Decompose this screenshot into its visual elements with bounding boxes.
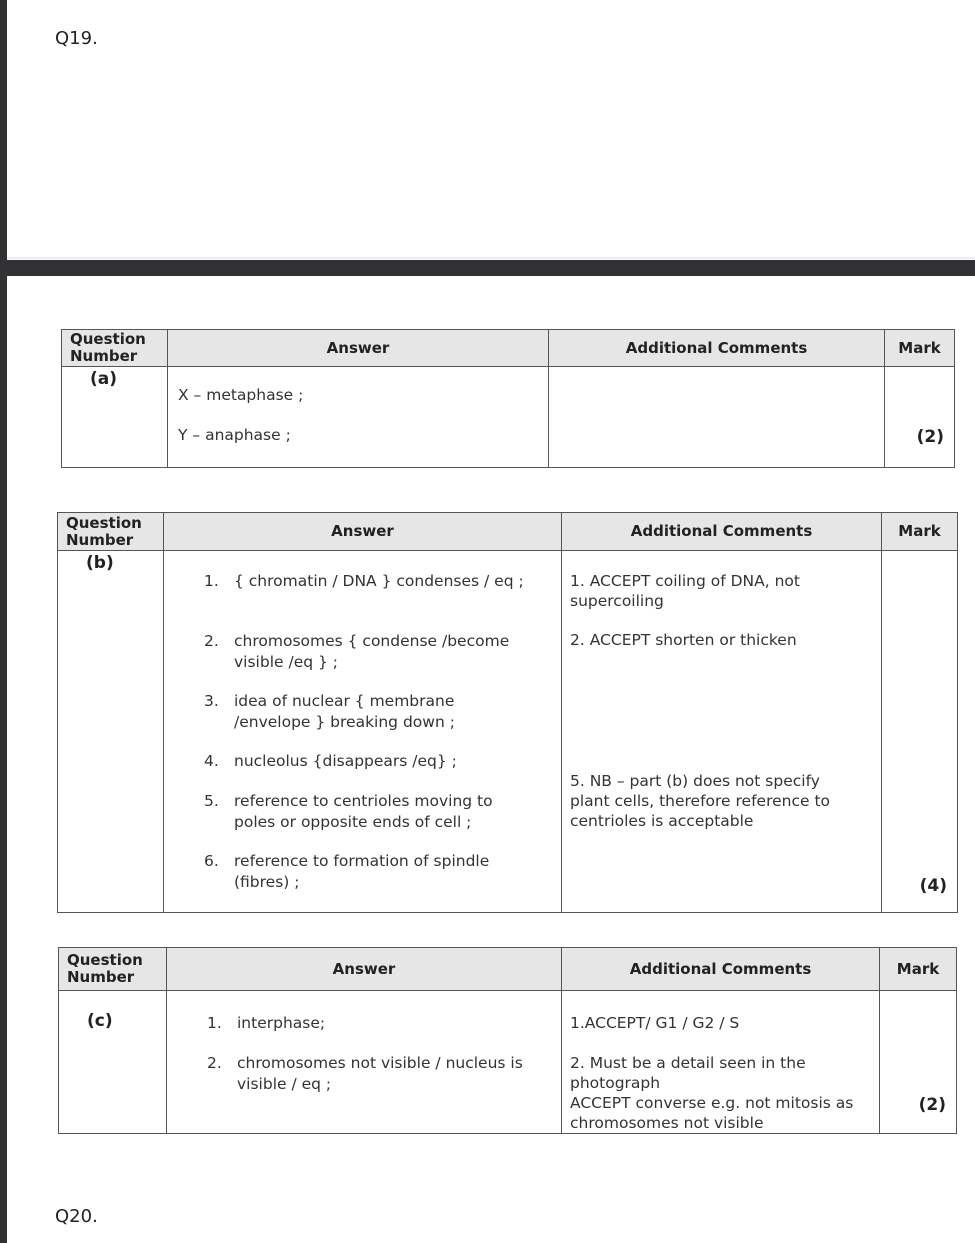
answer-line: X – metaphase ;: [178, 385, 548, 406]
comment-line: 2. ACCEPT shorten or thicken: [570, 630, 873, 650]
answer-item: 4.nucleolus {disappears /eq} ;: [204, 751, 557, 772]
question-part-label: (b): [58, 551, 164, 913]
answer-list: 1.{ chromatin / DNA } condenses / eq ; 2…: [204, 571, 557, 893]
answer-item: 2.chromosomes not visible / nucleus is v…: [207, 1053, 557, 1095]
comments-cell: 1. ACCEPT coiling of DNA, not supercoili…: [562, 551, 882, 913]
comment-line: 2. Must be a detail seen in the photogra…: [570, 1053, 840, 1093]
answer-item: 3.idea of nuclear { membrane /envelope }…: [204, 691, 557, 733]
comments-cell: 1.ACCEPT/ G1 / G2 / S 2. Must be a detai…: [562, 991, 880, 1134]
header-question-number: Question Number: [58, 513, 164, 551]
question-part-label: (a): [62, 367, 168, 468]
mark-scheme-table-c: Question Number Answer Additional Commen…: [58, 947, 957, 1134]
header-answer: Answer: [164, 513, 562, 551]
comment-line: 1. ACCEPT coiling of DNA, not supercoili…: [570, 571, 860, 611]
mark-cell: (2): [885, 367, 955, 468]
header-answer: Answer: [168, 330, 549, 367]
header-answer: Answer: [167, 948, 562, 991]
header-question-number: Question Number: [62, 330, 168, 367]
mark-value: (4): [920, 876, 947, 896]
mark-value: (2): [919, 1095, 946, 1115]
header-additional-comments: Additional Comments: [562, 513, 882, 551]
comment-line: 1.ACCEPT/ G1 / G2 / S: [570, 1013, 871, 1033]
header-mark: Mark: [885, 330, 955, 367]
mark-scheme-table-a: Question Number Answer Additional Commen…: [61, 329, 955, 468]
answer-item: 5.reference to centrioles moving to pole…: [204, 791, 557, 833]
header-mark: Mark: [880, 948, 957, 991]
mark-cell: (4): [882, 551, 958, 913]
comments-cell: [549, 367, 885, 468]
comment-line: 5. NB – part (b) does not specify plant …: [570, 771, 860, 831]
viewer-left-edge: [0, 0, 7, 1243]
answer-line: Y – anaphase ;: [178, 425, 548, 446]
question-heading-q20: Q20.: [55, 1206, 98, 1227]
mark-scheme-table-b: Question Number Answer Additional Commen…: [57, 512, 958, 913]
page-edge: [7, 257, 975, 259]
answer-cell: X – metaphase ; Y – anaphase ;: [168, 367, 549, 468]
answer-list: 1.interphase; 2.chromosomes not visible …: [207, 1013, 557, 1095]
header-question-number: Question Number: [59, 948, 167, 991]
answer-item: 6.reference to formation of spindle (fib…: [204, 851, 557, 893]
answer-item: 2.chromosomes { condense /become visible…: [204, 631, 557, 673]
header-additional-comments: Additional Comments: [562, 948, 880, 991]
question-heading-q19: Q19.: [55, 28, 98, 49]
answer-cell: 1.{ chromatin / DNA } condenses / eq ; 2…: [164, 551, 562, 913]
page-separator: [0, 260, 975, 276]
comment-line: ACCEPT converse e.g. not mitosis as chro…: [570, 1093, 860, 1133]
answer-item: 1.{ chromatin / DNA } condenses / eq ;: [204, 571, 557, 592]
mark-value: (2): [917, 427, 944, 447]
header-additional-comments: Additional Comments: [549, 330, 885, 367]
mark-cell: (2): [880, 991, 957, 1134]
question-part-label: (c): [59, 991, 167, 1134]
answer-cell: 1.interphase; 2.chromosomes not visible …: [167, 991, 562, 1134]
header-mark: Mark: [882, 513, 958, 551]
answer-item: 1.interphase;: [207, 1013, 557, 1034]
